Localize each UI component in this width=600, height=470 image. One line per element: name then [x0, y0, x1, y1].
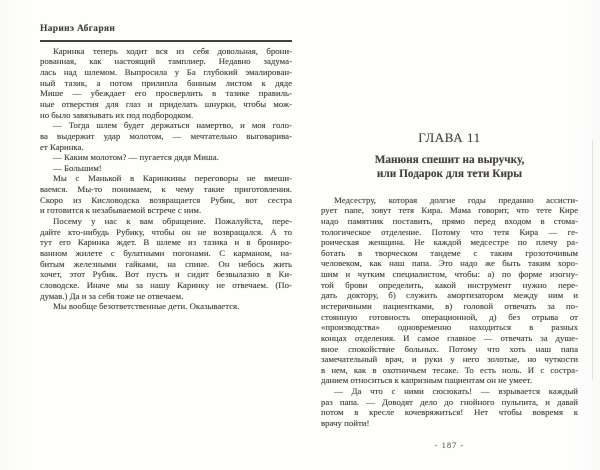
chapter-subtitle-line-1: Манюня спешит на выручку, — [321, 154, 578, 168]
text-line: словодске. Иначе мы за нашу Каринку не о… — [40, 280, 292, 291]
text-line: дайте кто-нибудь Рубику, чтобы он не воз… — [40, 227, 292, 238]
text-line: концах отделения. И самое главное — отве… — [321, 333, 578, 344]
text-line: данием относиться к капризным пациентам … — [321, 375, 578, 386]
text-line: и готовится к незабываемой встрече с ним… — [40, 205, 292, 216]
text-line: тут его Каринка ждет. В шлеме из тазика … — [40, 237, 292, 248]
running-head-rule — [40, 40, 292, 42]
text-line: «производства» одновременно находиться в… — [321, 322, 578, 333]
text-line: — Тогда шлем будет держаться намертво, и… — [40, 120, 292, 131]
text-line: врачу пойти! — [321, 418, 578, 429]
text-line: шим и чутким специалистом, чтобы: а) по … — [321, 269, 578, 280]
text-line: истеричными пациентками, в) головой отве… — [321, 301, 578, 312]
text-line: ные отверстия для глаз и приделать шнурк… — [40, 99, 292, 110]
text-line: в нем, как в охотничьем тесаке. То есть … — [321, 365, 578, 376]
text-line: Мы вообще безответственные дети. Оказыва… — [40, 301, 292, 312]
running-head: Наринэ Абгарян — [40, 24, 292, 35]
text-line: хочет, этот Рубик. Вот пусть и сидит без… — [40, 269, 292, 280]
text-line: той брови определить, какой инструмент н… — [321, 280, 578, 291]
text-line: рованная, как настоящий тамплиер. Недавн… — [40, 56, 292, 67]
text-line: рует папе, зовут тетя Кира. Мама говорит… — [321, 205, 578, 216]
right-page-text: Медсестру, которая долгие годы преданно … — [321, 195, 578, 429]
book-spread: Наринэ Абгарян Каринка теперь ходит вся … — [0, 0, 600, 470]
text-line: надо памятник поставить, прямо перед вхо… — [321, 216, 578, 227]
text-line: ный тазик, а потом прилипла банным листо… — [40, 78, 292, 89]
text-line: стоянную готовность операционной, д) без… — [321, 312, 578, 323]
text-line: битым железными гайками, на спине. Он не… — [40, 259, 292, 270]
text-line: Мы с Манькой в Каринкины переговоры не в… — [40, 173, 292, 184]
left-page-text: Каринка теперь ходит вся из себя довольн… — [40, 46, 292, 312]
text-line: лась над шлемом. Выпросила у Ба глубокий… — [40, 67, 292, 78]
text-line: Мише — убеждает его просверлить в тазике… — [40, 88, 292, 99]
text-line: ет Каринка. — [40, 142, 292, 153]
text-line: Посему у нас к вам обращение. Пожалуйста… — [40, 216, 292, 227]
page-edge-line — [592, 140, 593, 380]
text-line: потом в кресле кочевряжиться! Нет чтобы … — [321, 407, 578, 418]
text-line: Медсестру, которая долгие годы преданно … — [321, 195, 578, 206]
page-number: - 187 - — [321, 440, 578, 450]
left-page: Наринэ Абгарян Каринка теперь ходит вся … — [40, 24, 292, 312]
text-line: Скоро из Кисловодска возвращается Рубик,… — [40, 195, 292, 206]
right-page: ГЛАВА 11 Манюня спешит на выручку, или П… — [321, 131, 578, 429]
text-line: Каринка теперь ходит вся из себя довольн… — [40, 46, 292, 57]
text-line: ваемся. Мы-то понимаем, к чему такие при… — [40, 184, 292, 195]
chapter-subtitle-line-2: или Подарок для тети Киры — [321, 168, 578, 182]
text-line: роическая женщина. Не каждой медсестре п… — [321, 237, 578, 248]
text-line: ва выдержит удар молотом, — мечтательно … — [40, 131, 292, 142]
text-line: вное спокойствие больных. Потому что хот… — [321, 344, 578, 355]
text-line: — Большим! — [40, 163, 292, 174]
text-line: но было завязывать их под подбородком. — [40, 110, 292, 121]
text-line: — Да что с ними сюсюкать! — взрывается к… — [321, 386, 578, 397]
chapter-subtitle: Манюня спешит на выручку, или Подарок дл… — [321, 154, 578, 182]
text-line: — Каким молотом? — пугается дядя Миша. — [40, 152, 292, 163]
text-line: дать доктору, б) служить амортизатором м… — [321, 290, 578, 301]
text-line: человеком, как наш папа. Это надо же быт… — [321, 258, 578, 269]
text-line: ботать в творческом тандеме с таким гроз… — [321, 248, 578, 259]
text-line: замечательный врач, и руки у него золоты… — [321, 354, 578, 365]
text-line: ванном жилете с булатными погонами. С ка… — [40, 248, 292, 259]
text-line: тологическое отделение. Потому что тетя … — [321, 227, 578, 238]
text-line: думав.) Да и за себя тоже не отвечаем. — [40, 291, 292, 302]
chapter-heading: ГЛАВА 11 — [321, 131, 578, 145]
text-line: раз папа. — Доводят дело до гнойного пул… — [321, 397, 578, 408]
